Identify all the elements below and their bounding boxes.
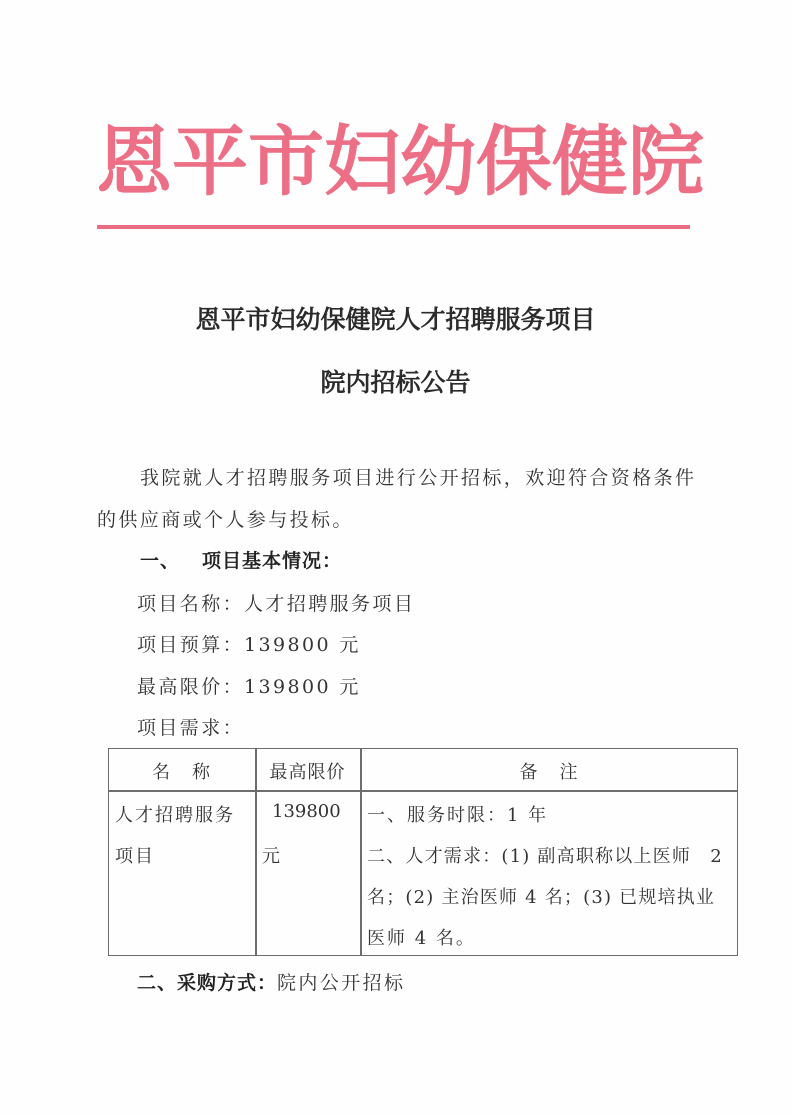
- section-1-number: 一、: [140, 550, 180, 572]
- max-price-label: 最高限价：: [137, 676, 244, 698]
- section-1-heading: 一、项目基本情况：: [140, 546, 342, 573]
- requirements-table: 名 称 最高限价 备 注 人才招聘服务 项目 139800 元 一、服务时限：1…: [108, 748, 738, 956]
- letterhead-char: 恩: [96, 112, 172, 212]
- letterhead-red-rule: [97, 225, 690, 229]
- letterhead-char: 平: [172, 112, 248, 212]
- table-cell-price-line-1: 139800: [272, 801, 341, 822]
- document-page: 恩平市妇幼保健院 恩平市妇幼保健院人才招聘服务项目 院内招标公告 我院就人才招聘…: [0, 0, 791, 1116]
- project-name-label: 项目名称：: [137, 593, 244, 615]
- table-cell-price-line-2: 元: [262, 842, 282, 868]
- table-header-divider: [109, 790, 737, 792]
- section-1-title: 项目基本情况：: [202, 550, 342, 572]
- letterhead-title: 恩平市妇幼保健院: [96, 112, 692, 212]
- table-cell-remark-line-2: 二、人才需求：(1) 副高职称以上医师 2: [367, 842, 723, 868]
- letterhead-char: 保: [476, 112, 552, 212]
- project-name-value: 人才招聘服务项目: [244, 593, 415, 615]
- letterhead-char: 院: [628, 112, 704, 212]
- letterhead-char: 妇: [324, 112, 400, 212]
- table-header-remarks: 备 注: [360, 758, 739, 784]
- project-budget-label: 项目预算：: [137, 634, 244, 656]
- max-price-row: 最高限价：139800 元: [137, 672, 361, 699]
- max-price-value: 139800 元: [244, 676, 361, 698]
- table-header-name: 名 称: [109, 758, 255, 784]
- project-budget-value: 139800 元: [244, 634, 361, 656]
- section-2-heading: 二、采购方式：: [137, 972, 277, 994]
- intro-paragraph-line-2: 的供应商或个人参与投标。: [97, 505, 354, 532]
- table-header-max-price: 最高限价: [255, 758, 360, 784]
- document-title-line-2: 院内招标公告: [0, 363, 791, 399]
- table-cell-remark-line-3: 名；(2) 主治医师 4 名；(3) 已规培执业: [367, 883, 715, 909]
- section-2-value: 院内公开招标: [277, 972, 405, 994]
- letterhead-char: 健: [552, 112, 628, 212]
- letterhead-char: 幼: [400, 112, 476, 212]
- section-2-row: 二、采购方式：院内公开招标: [137, 968, 405, 995]
- letterhead-char: 市: [248, 112, 324, 212]
- document-title-line-1: 恩平市妇幼保健院人才招聘服务项目: [0, 300, 791, 336]
- project-budget-row: 项目预算：139800 元: [137, 630, 361, 657]
- table-cell-remark-line-4: 医师 4 名。: [367, 924, 476, 950]
- project-requirements-row: 项目需求：: [137, 713, 244, 740]
- table-cell-remark-line-1: 一、服务时限：1 年: [367, 801, 548, 827]
- table-cell-name-line-2: 项目: [115, 842, 155, 868]
- project-requirements-label: 项目需求：: [137, 717, 244, 739]
- intro-paragraph-line-1: 我院就人才招聘服务项目进行公开招标，欢迎符合资格条件: [140, 463, 696, 490]
- table-cell-name-line-1: 人才招聘服务: [115, 801, 235, 827]
- project-name-row: 项目名称：人才招聘服务项目: [137, 589, 415, 616]
